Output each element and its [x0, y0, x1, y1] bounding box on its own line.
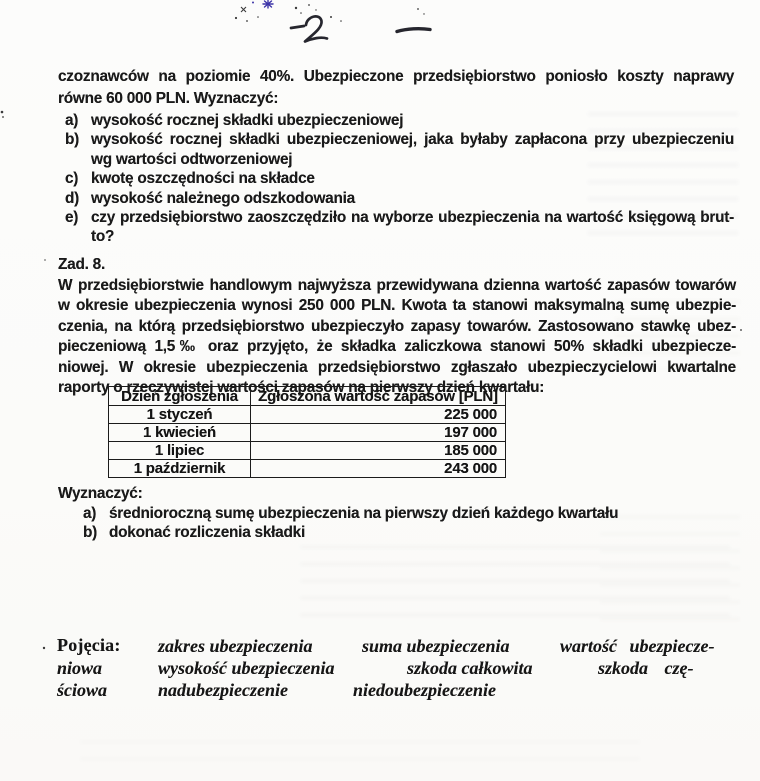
term-nadubezpieczenie: nadubezpieczenie [158, 680, 288, 701]
table-body: 1 styczeń225 0001 kwiecień197 0001 lipie… [109, 406, 506, 478]
bleed-through-smudge [588, 112, 738, 242]
table-row: 1 październik243 000 [109, 460, 506, 478]
table-row: 1 styczeń225 000 [109, 406, 506, 424]
previous-task-paragraph: czoznawców na poziomie 40%. Ubezpieczone… [58, 66, 734, 109]
text-line: równe 60 000 PLN. Wyznaczyć: [58, 88, 734, 110]
quarterly-reports-table: Dzień zgłoszeniaZgłoszona wartość zapasó… [108, 386, 506, 478]
list-item-label: a) [83, 504, 109, 523]
text-line: W przedsiębiorstwie handlowym najwyższa … [58, 276, 736, 297]
term-zakres-ubezpieczenia: zakres ubezpieczenia [158, 636, 313, 657]
terms-heading: Pojęcia: [57, 635, 121, 656]
report-value-cell: 225 000 [251, 406, 506, 424]
term-szkoda-czesciowa-part2: ściowa [57, 680, 107, 701]
report-day-cell: 1 kwiecień [109, 424, 251, 442]
bleed-through-smudge [600, 515, 740, 625]
report-day-cell: 1 lipiec [109, 442, 251, 460]
table-header: Dzień zgłoszeniaZgłoszona wartość zapasó… [109, 387, 506, 406]
term-wartosc-ubezpieczeniowa-part1: wartość ubezpiecze- [560, 636, 714, 657]
table-row: 1 kwiecień197 000 [109, 424, 506, 442]
task8-heading: Zad. 8. [58, 256, 258, 274]
term-szkoda-calkowita: szkoda całkowita [407, 658, 533, 679]
list-item-label: c) [65, 169, 91, 188]
report-value-cell: 243 000 [251, 460, 506, 478]
bleed-through-smudge [615, 300, 740, 370]
report-day-cell: 1 październik [109, 460, 251, 478]
term-szkoda-czesciowa-part1: szkoda czę- [598, 658, 694, 679]
table-row: 1 lipiec185 000 [109, 442, 506, 460]
handwritten-dash-right [397, 29, 430, 32]
list-item-label: e) [65, 208, 91, 227]
text-line: czoznawców na poziomie 40%. Ubezpieczone… [58, 66, 734, 88]
term-wysokosc-ubezpieczenia: wysokość ubezpieczenia [158, 658, 334, 679]
table-header-cell: Zgłoszona wartość zapasów [PLN] [251, 387, 506, 406]
list-item-label: a) [65, 111, 91, 130]
bleed-through-smudge [80, 740, 640, 766]
task8-wyznaczyc-label: Wyznaczyć: [58, 485, 258, 503]
term-suma-ubezpieczenia: suma ubezpieczenia [362, 636, 510, 657]
scanned-document-page: czoznawców na poziomie 40%. Ubezpieczone… [0, 0, 760, 781]
list-item-label: d) [65, 189, 91, 208]
list-item-label: b) [65, 130, 91, 149]
report-day-cell: 1 styczeń [109, 406, 251, 424]
list-item-label: b) [83, 523, 109, 542]
table-header-cell: Dzień zgłoszenia [109, 387, 251, 406]
report-value-cell: 185 000 [251, 442, 506, 460]
report-value-cell: 197 000 [251, 424, 506, 442]
term-wartosc-ubezpieczeniowa-part2: niowa [57, 658, 102, 679]
handwritten-digit-2 [305, 16, 327, 41]
term-niedoubezpieczenie: niedoubezpieczenie [353, 680, 496, 701]
table-header-row: Dzień zgłoszeniaZgłoszona wartość zapasó… [109, 387, 506, 406]
handwritten-dash-left [291, 26, 304, 28]
